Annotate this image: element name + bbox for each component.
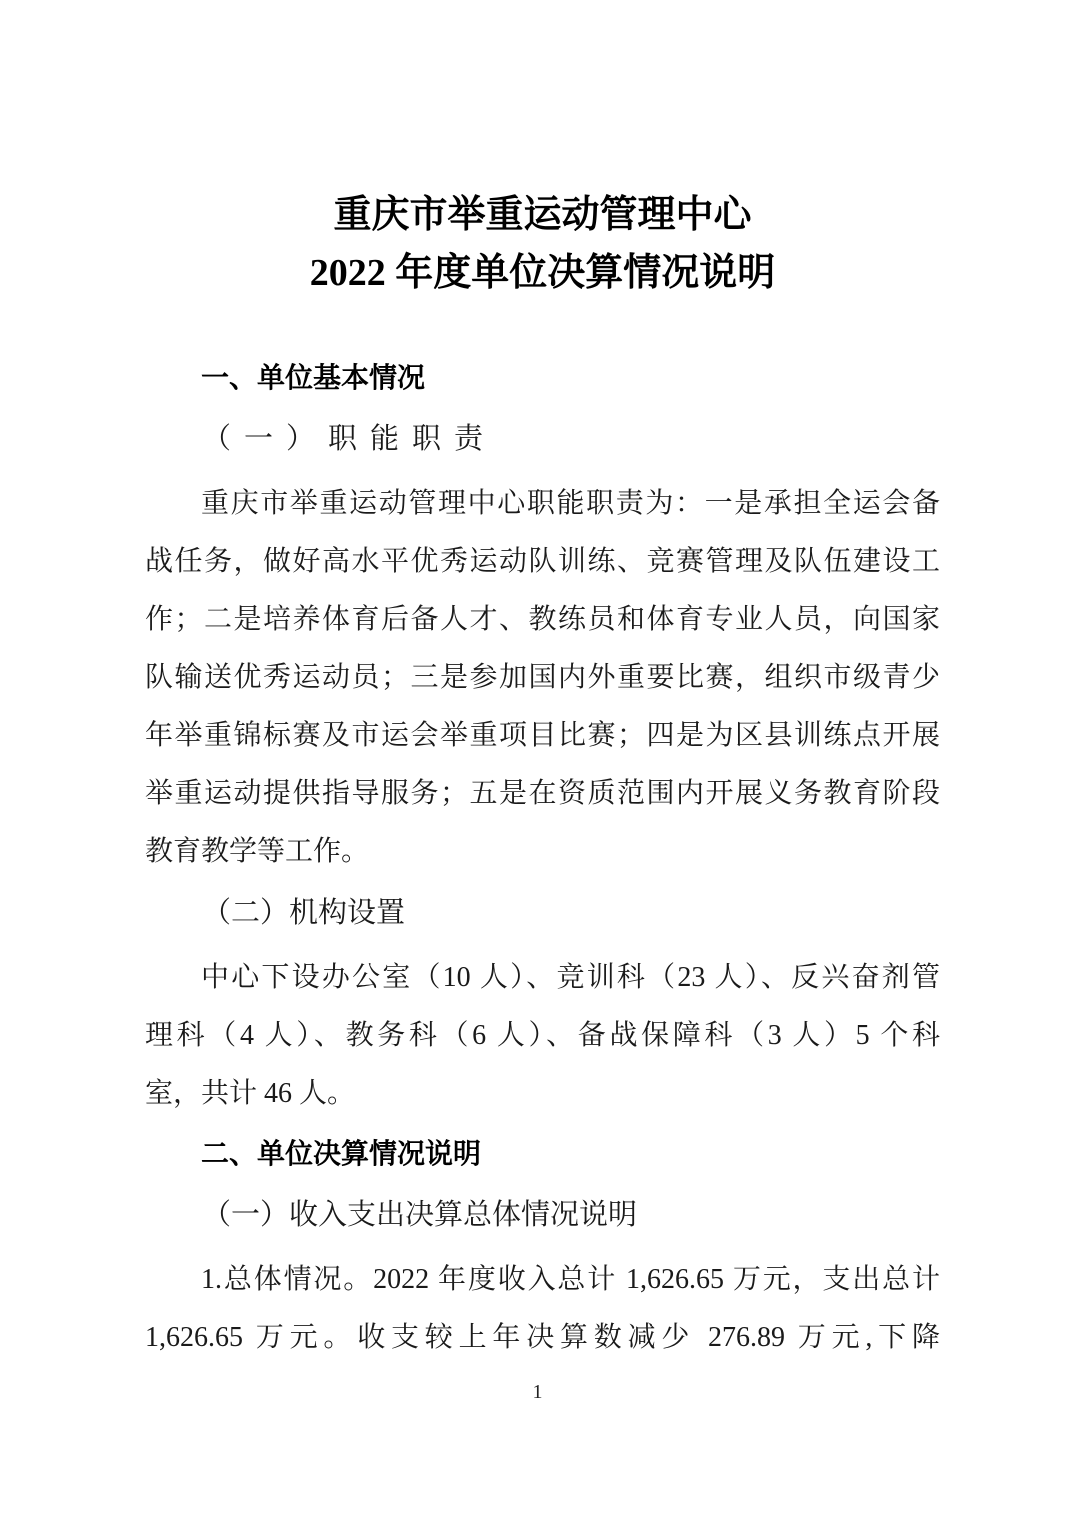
paragraph-organization: 中心下设办公室（10 人）、竞训科（23 人）、反兴奋剂管 理科（4 人）、教务… <box>145 949 940 1123</box>
paragraph-duties: 重庆市举重运动管理中心职能职责为：一是承担全运会备 战任务，做好高水平优秀运动队… <box>145 475 940 881</box>
subheading-overview: （一）收入支出决算总体情况说明 <box>145 1186 940 1244</box>
text-line: 队输送优秀运动员；三是参加国内外重要比赛，组织市级青少 <box>145 649 940 707</box>
text-line: 室，共计 46 人。 <box>145 1065 940 1123</box>
text-line: 年举重锦标赛及市运会举重项目比赛；四是为区县训练点开展 <box>145 707 940 765</box>
section-final-accounts: 二、单位决算情况说明 （一）收入支出决算总体情况说明 1.总体情况。2022 年… <box>145 1125 940 1367</box>
text-line: 作；二是培养体育后备人才、教练员和体育专业人员，向国家 <box>145 591 940 649</box>
text-line: 教育教学等工作。 <box>145 823 940 881</box>
document-title-line2: 2022 年度单位决算情况说明 <box>145 244 940 302</box>
subheading-duties: （一）职能职责 <box>145 410 940 468</box>
heading-basic-info: 一、单位基本情况 <box>145 349 940 407</box>
text-line: 理科（4 人）、教务科（6 人）、备战保障科（3 人）5 个科 <box>145 1007 940 1065</box>
text-line: 中心下设办公室（10 人）、竞训科（23 人）、反兴奋剂管 <box>145 949 940 1007</box>
text-line: 举重运动提供指导服务；五是在资质范围内开展义务教育阶段 <box>145 765 940 823</box>
paragraph-overview: 1.总体情况。2022 年度收入总计 1,626.65 万元，支出总计 1,62… <box>145 1251 940 1367</box>
text-line: 1.总体情况。2022 年度收入总计 1,626.65 万元，支出总计 <box>145 1251 940 1309</box>
subheading-organization: （二）机构设置 <box>145 884 940 942</box>
document-page: 重庆市举重运动管理中心 2022 年度单位决算情况说明 一、单位基本情况 （一）… <box>0 0 1075 1520</box>
heading-final-accounts: 二、单位决算情况说明 <box>145 1125 940 1183</box>
section-basic-info: 一、单位基本情况 （一）职能职责 重庆市举重运动管理中心职能职责为：一是承担全运… <box>145 349 940 1123</box>
page-number: 1 <box>0 1380 1075 1404</box>
document-title: 重庆市举重运动管理中心 2022 年度单位决算情况说明 <box>145 186 940 302</box>
text-line: 重庆市举重运动管理中心职能职责为：一是承担全运会备 <box>145 475 940 533</box>
document-title-line1: 重庆市举重运动管理中心 <box>145 186 940 244</box>
text-line: 1,626.65 万元。收支较上年决算数减少 276.89 万元,下降 <box>145 1309 940 1367</box>
text-line: 战任务，做好高水平优秀运动队训练、竞赛管理及队伍建设工 <box>145 533 940 591</box>
